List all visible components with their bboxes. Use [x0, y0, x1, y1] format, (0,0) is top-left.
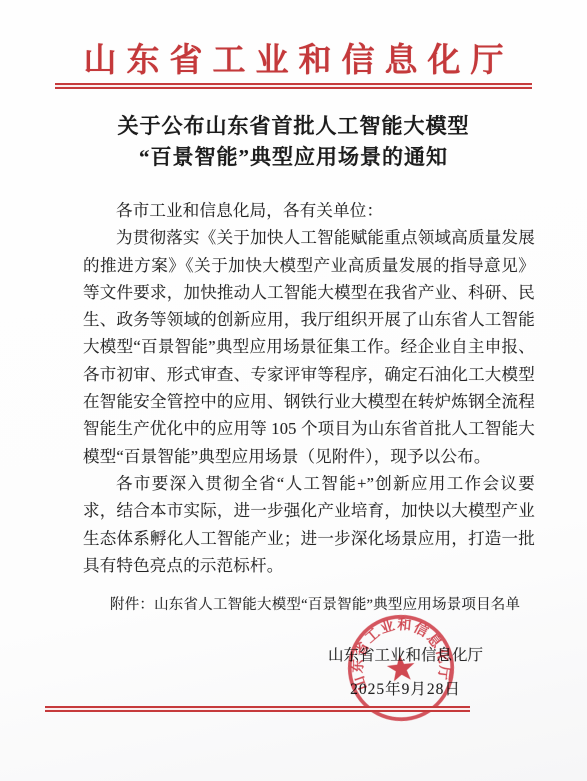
body-paragraph-1: 为贯彻落实《关于加快人工智能赋能重点领域高质量发展的推进方案》《关于加快大模型产… [83, 224, 535, 470]
signature-block: 山东省工业和信息化厅 2025年9月28日 [328, 648, 483, 698]
agency-letterhead: 山东省工业和信息化厅 [0, 34, 587, 81]
notice-title: 关于公布山东省首批人工智能大模型 “百景智能”典型应用场景的通知 [0, 111, 587, 173]
signature-date: 2025年9月28日 [328, 682, 483, 698]
notice-title-line2: “百景智能”典型应用场景的通知 [0, 142, 587, 173]
notice-body: 各市工业和信息化局，各有关单位： 为贯彻落实《关于加快人工智能赋能重点领域高质量… [83, 197, 535, 619]
salutation: 各市工业和信息化局，各有关单位： [83, 197, 535, 224]
letterhead-divider [55, 83, 532, 89]
signature-org: 山东省工业和信息化厅 [328, 648, 483, 664]
bottom-divider [45, 706, 470, 712]
notice-title-line1: 关于公布山东省首批人工智能大模型 [0, 111, 587, 142]
document-page: 山东省工业和信息化厅 关于公布山东省首批人工智能大模型 “百景智能”典型应用场景… [0, 0, 587, 781]
attachment-line: 附件：山东省人工智能大模型“百景智能”典型应用场景项目名单 [83, 592, 535, 619]
body-paragraph-2: 各市要深入贯彻全省“人工智能+”创新应用工作会议要求，结合本市实际，进一步强化产… [83, 470, 535, 579]
